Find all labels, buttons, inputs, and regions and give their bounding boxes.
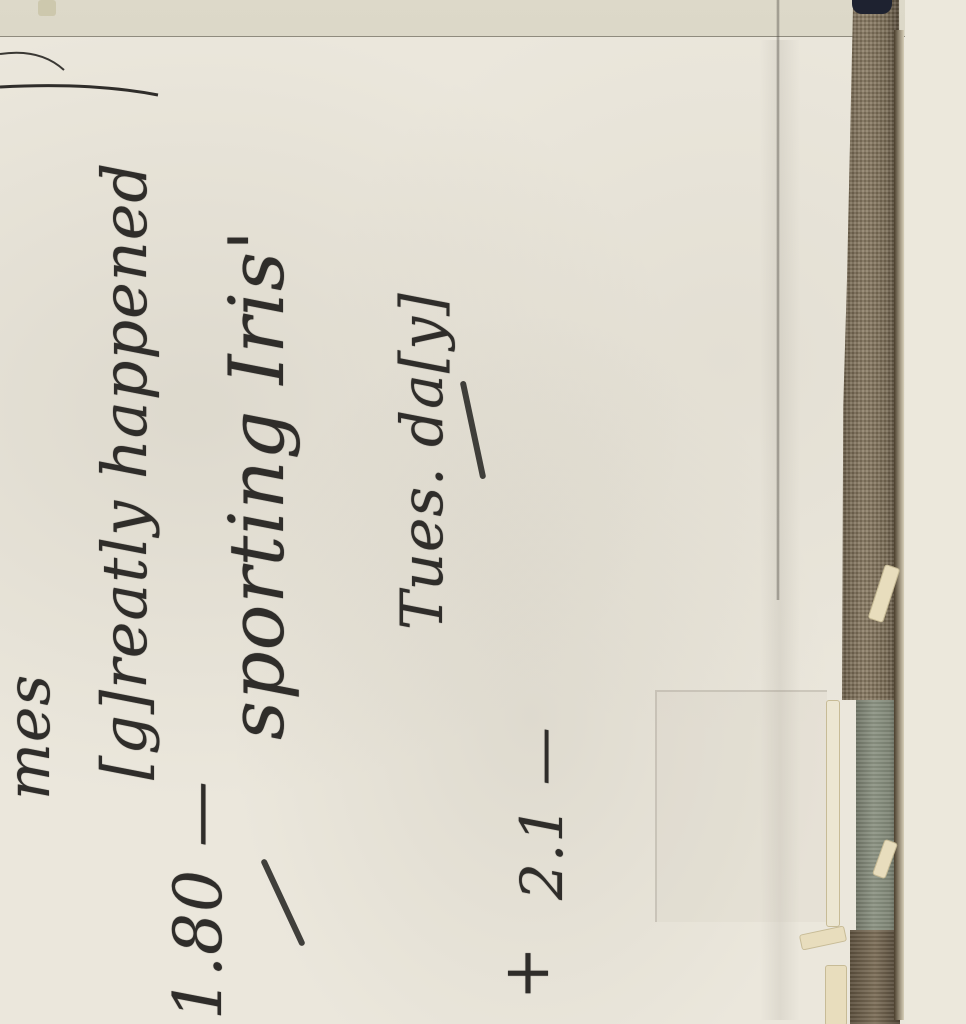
spine-top-shadow [852,0,892,14]
handwriting-fragment-4: sporting Iris' [212,229,301,740]
spine-edge [894,30,904,1020]
stain-mark [38,0,56,16]
spine-cloth-lower [850,930,900,1024]
next-page-margin [905,0,966,1024]
paper-stub [826,700,840,927]
handwriting-fragment-3: 1.80 — [160,780,237,1020]
paper-stub [825,965,847,1024]
handwriting-fragment-6: 2.1 — [508,726,576,900]
show-through-mark [655,690,827,922]
paper-stub [799,925,847,950]
page-top-edge [0,0,966,37]
handwriting-fragment-7: + [490,945,564,1000]
handwriting-fragment-5: Tues. da[y] [388,292,456,630]
pencil-dash [460,380,487,479]
paper-crease [776,0,780,600]
manuscript-page: mes [g]reatly happened 1.80 — sporting I… [0,0,966,1024]
pencil-dash [260,858,306,947]
handwriting-fragment-2: [g]reatly happened [88,162,161,780]
pencil-curve-stroke [0,40,170,110]
handwriting-fragment-1: mes [0,674,64,800]
